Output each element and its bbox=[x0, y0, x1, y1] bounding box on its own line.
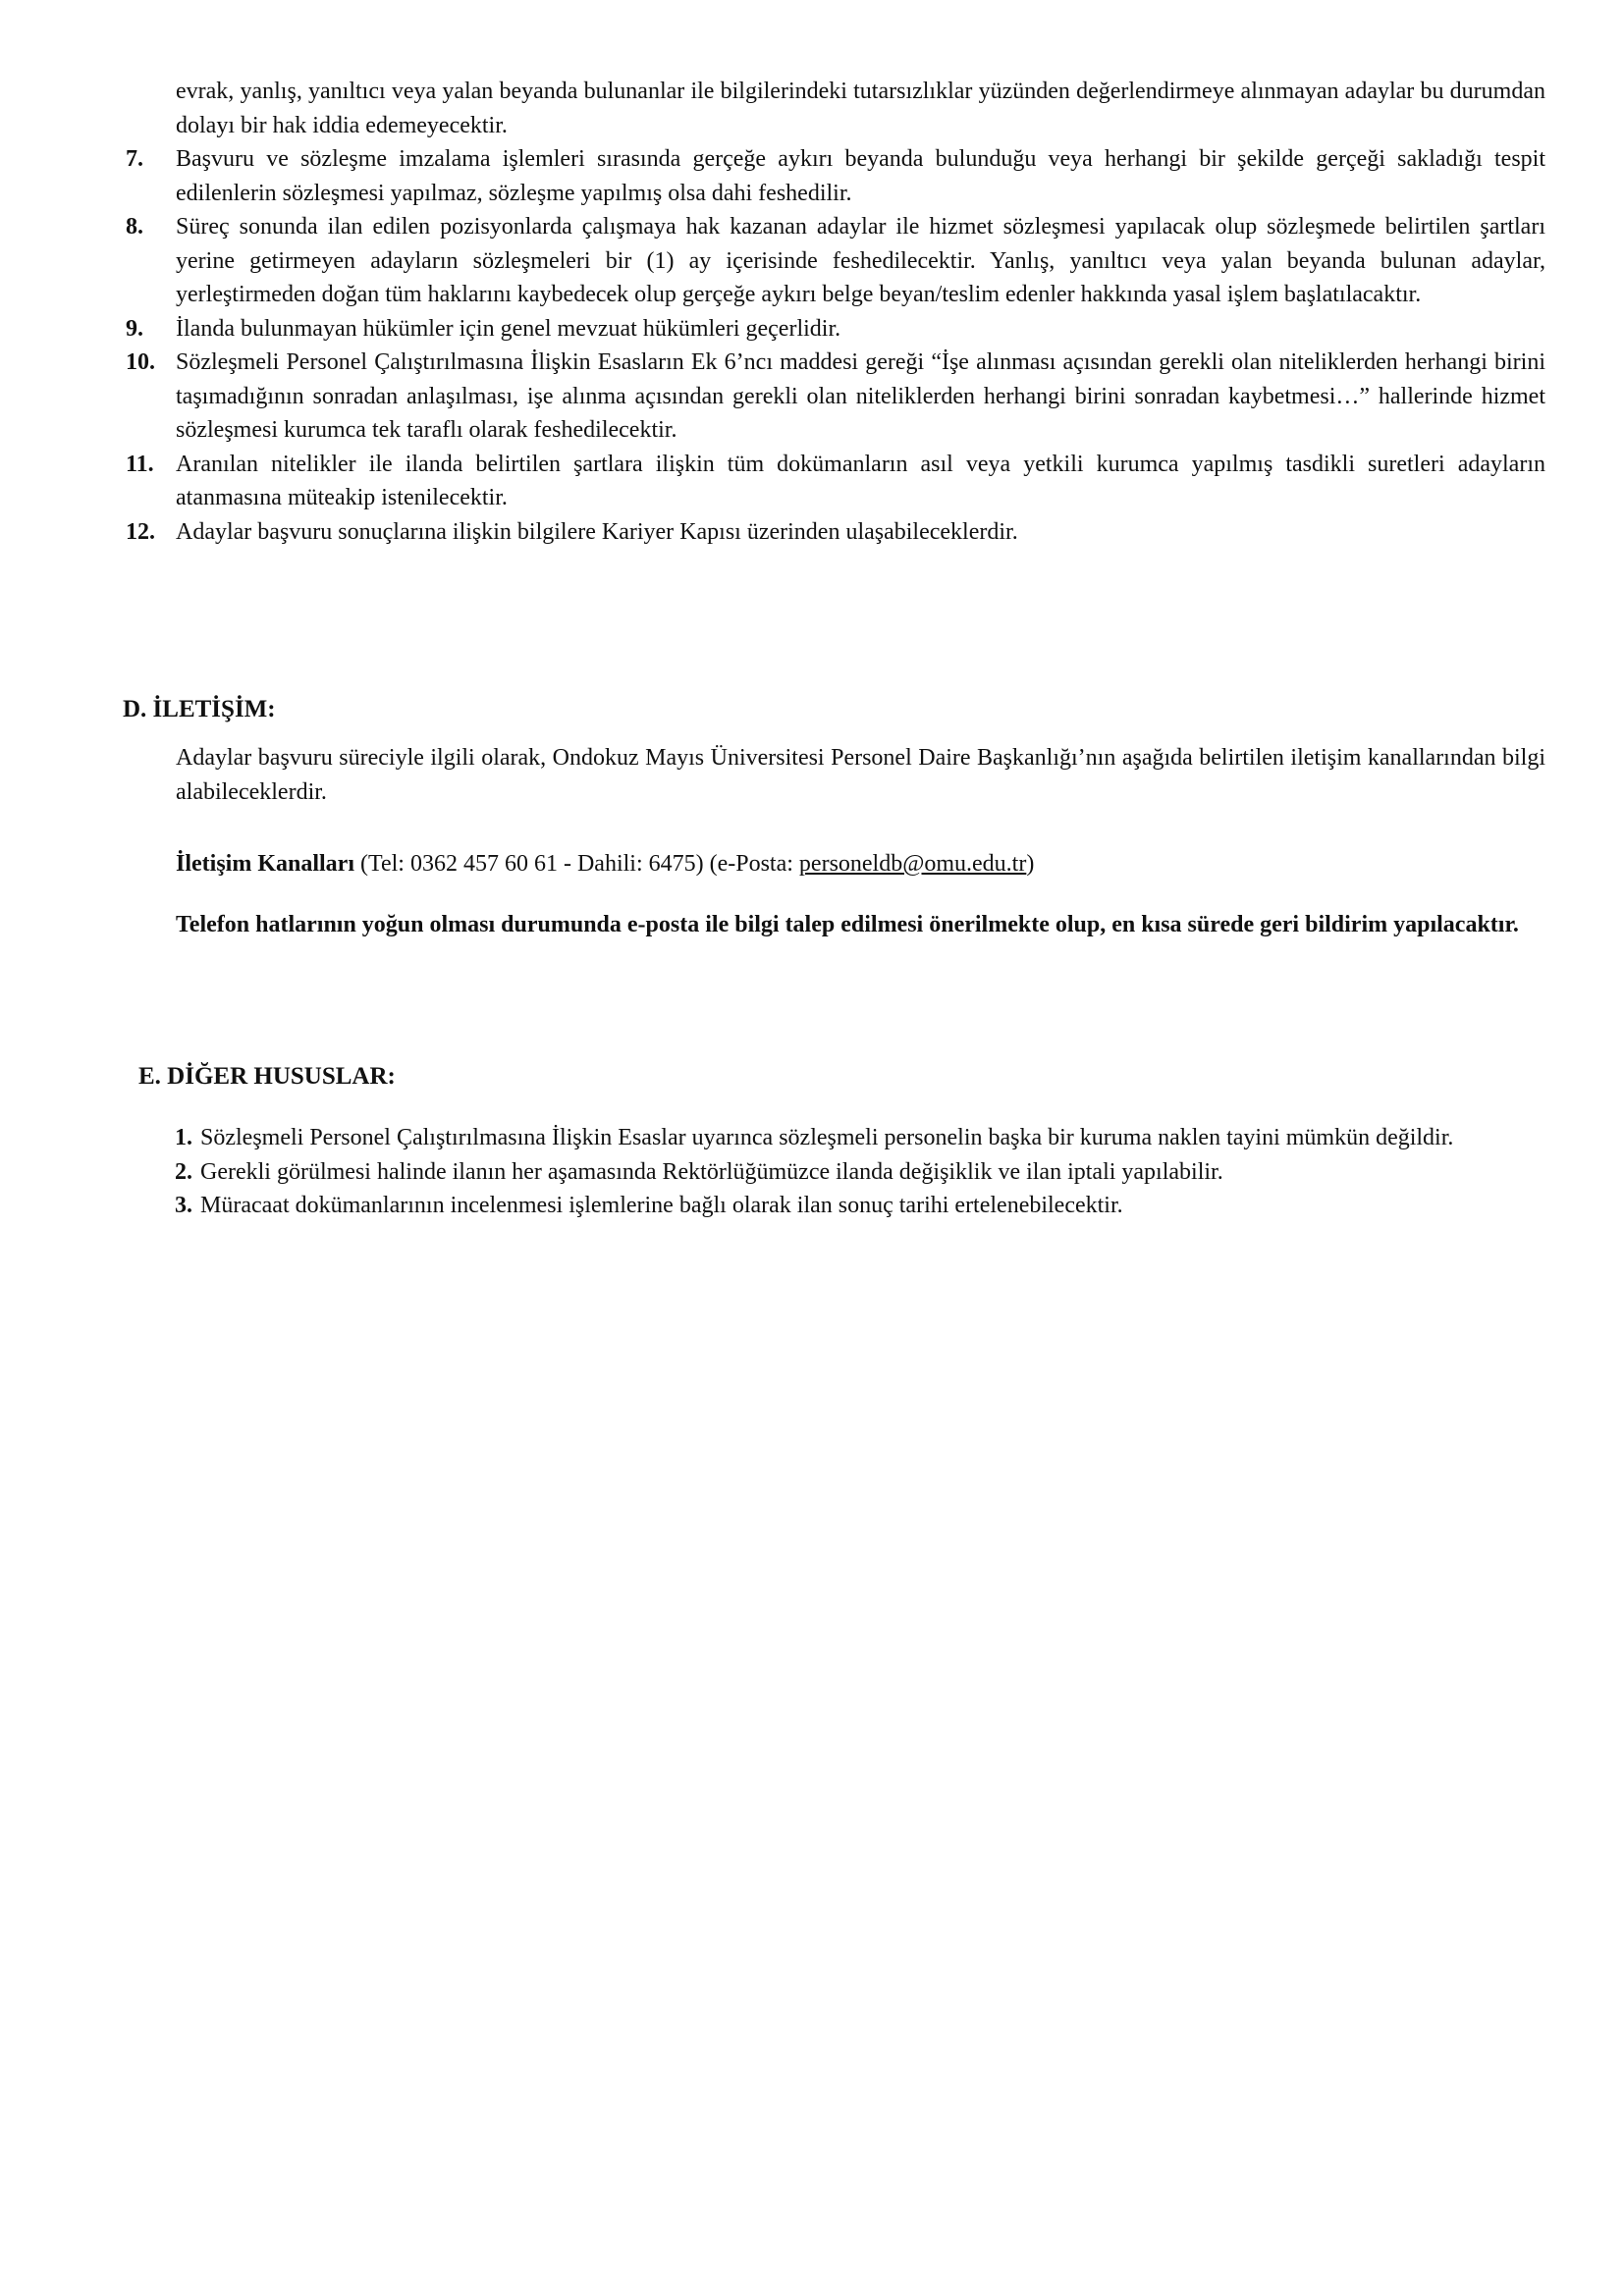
contact-phone: (Tel: 0362 457 60 61 - Dahili: 6475) (e-… bbox=[354, 851, 799, 877]
section-d-intro: Adaylar başvuru süreciyle ilgili olarak,… bbox=[176, 741, 1545, 809]
list-item: 3.Müracaat dokümanlarının incelenmesi iş… bbox=[175, 1189, 1545, 1223]
list-item: evrak, yanlış, yanıltıcı veya yalan beya… bbox=[126, 75, 1545, 142]
contact-suffix: ) bbox=[1026, 851, 1034, 877]
item-text: İlanda bulunmayan hükümler için genel me… bbox=[176, 312, 1545, 347]
item-text: Sözleşmeli Personel Çalıştırılmasına İli… bbox=[176, 346, 1545, 448]
list-item: 8. Süreç sonunda ilan edilen pozisyonlar… bbox=[126, 210, 1545, 312]
list-item: 12. Adaylar başvuru sonuçlarına ilişkin … bbox=[126, 515, 1545, 550]
section-c-list: evrak, yanlış, yanıltıcı veya yalan beya… bbox=[126, 75, 1545, 549]
item-number: 1. bbox=[175, 1125, 192, 1150]
item-text: Gerekli görülmesi halinde ilanın her aşa… bbox=[200, 1159, 1223, 1185]
item-text: Müracaat dokümanlarının incelenmesi işle… bbox=[200, 1193, 1123, 1218]
item-text: Aranılan nitelikler ile ilanda belirtile… bbox=[176, 448, 1545, 515]
section-d-heading: D. İLETİŞİM: bbox=[123, 693, 276, 727]
section-e-heading: E. DİĞER HUSUSLAR: bbox=[138, 1060, 396, 1095]
list-item: 1.Sözleşmeli Personel Çalıştırılmasına İ… bbox=[175, 1121, 1545, 1155]
list-item: 9. İlanda bulunmayan hükümler için genel… bbox=[126, 312, 1545, 347]
list-item: 10. Sözleşmeli Personel Çalıştırılmasına… bbox=[126, 346, 1545, 448]
item-number: 12. bbox=[126, 515, 176, 550]
item-text: evrak, yanlış, yanıltıcı veya yalan beya… bbox=[176, 75, 1545, 142]
document-page: evrak, yanlış, yanıltıcı veya yalan beya… bbox=[0, 0, 1624, 2296]
contact-label: İletişim Kanalları bbox=[176, 851, 354, 877]
item-number: 2. bbox=[175, 1159, 192, 1185]
item-number: 11. bbox=[126, 448, 176, 515]
list-item: 11. Aranılan nitelikler ile ilanda belir… bbox=[126, 448, 1545, 515]
list-item: 7. Başvuru ve sözleşme imzalama işlemler… bbox=[126, 142, 1545, 210]
item-text: Sözleşmeli Personel Çalıştırılmasına İli… bbox=[200, 1125, 1453, 1150]
section-d-note: Telefon hatlarının yoğun olması durumund… bbox=[176, 908, 1545, 942]
item-text: Süreç sonunda ilan edilen pozisyonlarda … bbox=[176, 210, 1545, 312]
email-link[interactable]: personeldb@omu.edu.tr bbox=[799, 851, 1026, 877]
item-number: 7. bbox=[126, 142, 176, 210]
item-text: Başvuru ve sözleşme imzalama işlemleri s… bbox=[176, 142, 1545, 210]
item-number: 9. bbox=[126, 312, 176, 347]
section-e-list: 1.Sözleşmeli Personel Çalıştırılmasına İ… bbox=[175, 1121, 1545, 1223]
contact-channels: İletişim Kanalları (Tel: 0362 457 60 61 … bbox=[176, 847, 1545, 881]
item-text: Adaylar başvuru sonuçlarına ilişkin bilg… bbox=[176, 515, 1545, 550]
list-item: 2.Gerekli görülmesi halinde ilanın her a… bbox=[175, 1155, 1545, 1190]
item-number: 8. bbox=[126, 210, 176, 312]
item-number: 10. bbox=[126, 346, 176, 448]
item-number: 3. bbox=[175, 1193, 192, 1218]
